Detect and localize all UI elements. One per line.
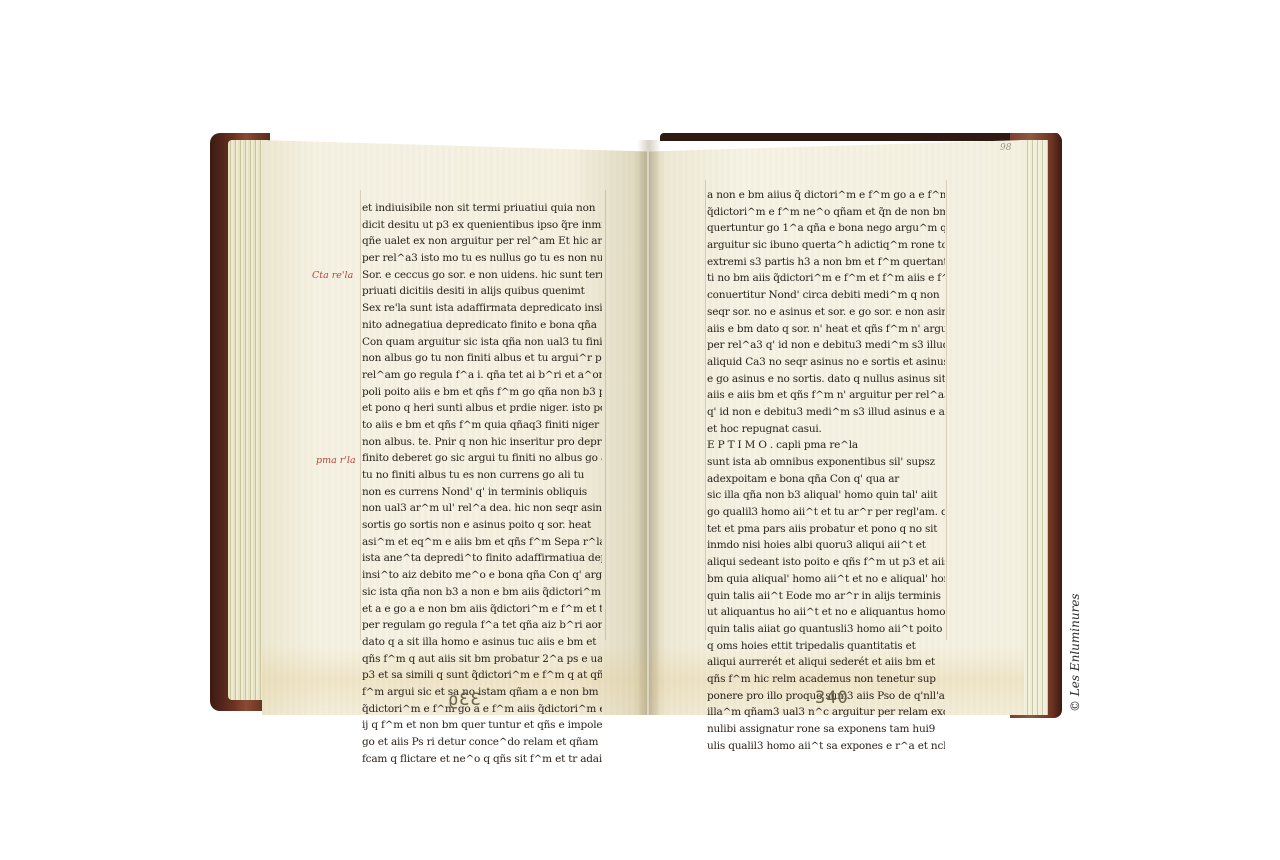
text-line: non albus go tu non finiti albus et tu a… bbox=[362, 350, 602, 367]
book-cover-top-edge bbox=[660, 133, 1060, 141]
text-line: inmdo nisi hoies albi quoru3 aliqui aii^… bbox=[707, 537, 945, 554]
text-line: E P T I M O . capli pma re^la bbox=[707, 437, 945, 454]
text-line: sic ista qña non b3 a non e bm aiis q̃di… bbox=[362, 584, 602, 601]
text-line: et hoc repugnat casui. bbox=[707, 421, 945, 438]
text-line: Sor. e ceccus go sor. e non uidens. hic … bbox=[362, 267, 602, 284]
text-line: dato q a sit illa homo e asinus tuc aiis… bbox=[362, 634, 602, 651]
text-line: aliqui aurrerét et aliqui sederét et aii… bbox=[707, 654, 945, 671]
text-line: non ual3 ar^m ul' rel^a dea. hic non seq… bbox=[362, 500, 602, 517]
text-line: non albus. te. Pnir q non hic inseritur … bbox=[362, 434, 602, 451]
text-line: rel^am go regula f^a i. qña tet ai b^ri … bbox=[362, 367, 602, 384]
text-line: seqr sor. no e asinus et sor. e go sor. … bbox=[707, 304, 945, 321]
text-line: sic illa qña non b3 aliqual' homo quin t… bbox=[707, 487, 945, 504]
text-line: quin talis aii^t Eode mo ar^r in alijs t… bbox=[707, 588, 945, 605]
ruling-line bbox=[360, 190, 361, 640]
text-line: a non e bm aiius q̃ dictori^m e f^m go a… bbox=[707, 187, 945, 204]
text-line: quertuntur go 1^a qña e bona nego argu^m… bbox=[707, 220, 945, 237]
ruling-line bbox=[946, 180, 947, 640]
ruling-line bbox=[605, 190, 606, 640]
text-line: tu no finiti albus tu es non currens go … bbox=[362, 467, 602, 484]
folio-number: 98 bbox=[1000, 143, 1011, 153]
text-line: qñe ualet ex non arguitur per rel^am Et … bbox=[362, 233, 602, 250]
copyright-watermark: © Les Enluminures bbox=[1068, 593, 1082, 712]
text-line: Con quam arguitur sic ista qña non ual3 … bbox=[362, 334, 602, 351]
page-number-right: 340 bbox=[815, 688, 849, 708]
text-line: ulis qualil3 homo aii^t sa expones e r^a… bbox=[707, 738, 945, 755]
text-line: p3 et sa simili q sunt q̃dictori^m e f^m… bbox=[362, 667, 602, 684]
text-line: priuati dicitiis desiti in alijs quibus … bbox=[362, 283, 602, 300]
text-line: non es currens Nond' q' in terminis obli… bbox=[362, 484, 602, 501]
text-line: Sex re'la sunt ista adaffirmata depredic… bbox=[362, 300, 602, 317]
text-line: to aiis e bm et qñs f^m quia qñaq3 finit… bbox=[362, 417, 602, 434]
text-line: finito deberet go sic argui tu finiti no… bbox=[362, 450, 602, 467]
text-line: ij q f^m et non bm quer tuntur et qñs e … bbox=[362, 717, 602, 734]
text-line: q̃dictori^m e f^m go a e f^m aiis q̃dict… bbox=[362, 701, 602, 718]
text-line: aliqui sedeant isto poito e qñs f^m ut p… bbox=[707, 554, 945, 571]
left-page-text: et indiuisibile non sit termi priuatiui … bbox=[362, 200, 602, 767]
text-line: f^m argui sic et sa no istam qñam a e no… bbox=[362, 684, 602, 701]
text-line: et pono q heri sunti albus et prdie nige… bbox=[362, 400, 602, 417]
text-line: extremi s3 partis h3 a non bm et f^m que… bbox=[707, 254, 945, 271]
text-line: qñs f^m q aut aiis sit bm probatur 2^a p… bbox=[362, 651, 602, 668]
text-line: q oms hoies ettit tripedalis quantitatis… bbox=[707, 638, 945, 655]
text-line: bm quia aliqual' homo aii^t et no e aliq… bbox=[707, 571, 945, 588]
text-line: aiis e bm dato q sor. n' heat et qñs f^m… bbox=[707, 321, 945, 338]
text-line: nulibi assignatur rone sa exponens tam h… bbox=[707, 721, 945, 738]
text-line: per regulam go regula f^a tet qña aiz b^… bbox=[362, 617, 602, 634]
manuscript-photo: Cta re'la pma r'la et indiuisibile non s… bbox=[0, 0, 1280, 860]
text-line: asi^m et eq^m e aiis bm et qñs f^m Sepa … bbox=[362, 534, 602, 551]
text-line: arguitur sic ibuno querta^h adictiq^m ro… bbox=[707, 237, 945, 254]
text-line: go qualil3 homo aii^t et tu ar^r per reg… bbox=[707, 504, 945, 521]
text-line: adexpoitam e bona qña Con q' qua ar bbox=[707, 471, 945, 488]
text-line: insi^to aiz debito me^o e bona qña Con q… bbox=[362, 567, 602, 584]
text-line: ista ane^ta depredi^to finito adaffirmat… bbox=[362, 550, 602, 567]
text-line: ti no bm aiis q̃dictori^m e f^m et f^m a… bbox=[707, 270, 945, 287]
text-line: qñs f^m hic relm academus non tenetur su… bbox=[707, 671, 945, 688]
text-line: sunt ista ab omnibus exponentibus sil' s… bbox=[707, 454, 945, 471]
marginal-note: Cta re'la bbox=[312, 270, 353, 281]
text-line: fcam q flictare et ne^o q qñs sit f^m et… bbox=[362, 751, 602, 768]
text-line: aliquid Ca3 no seqr asinus no e sortis e… bbox=[707, 354, 945, 371]
text-line: tet et pma pars aiis probatur et pono q … bbox=[707, 521, 945, 538]
text-line: quin talis aiiat go quantusli3 homo aii^… bbox=[707, 621, 945, 638]
text-line: sortis go sortis non e asinus poito q so… bbox=[362, 517, 602, 534]
text-line: et a e go a e non bm aiis q̃dictori^m e … bbox=[362, 601, 602, 618]
page-number-left: ϱƐƐ bbox=[448, 690, 482, 710]
text-line: go et aiis Ps ri detur conce^do relam et… bbox=[362, 734, 602, 751]
text-line: per rel^a3 isto mo tu es nullus go tu es… bbox=[362, 250, 602, 267]
gutter-shadow bbox=[637, 140, 661, 715]
ruling-line bbox=[705, 180, 706, 640]
text-line: e go asinus e no sortis. dato q nullus a… bbox=[707, 371, 945, 388]
right-page-text: a non e bm aiius q̃ dictori^m e f^m go a… bbox=[707, 187, 945, 754]
text-line: q' id non e debitu3 medi^m s3 illud asin… bbox=[707, 404, 945, 421]
text-line: conuertitur Nond' circa debiti medi^m q … bbox=[707, 287, 945, 304]
text-line: dicit desitu ut p3 ex quenientibus ipso … bbox=[362, 217, 602, 234]
page-edges-right bbox=[1020, 140, 1048, 715]
text-line: poli poito aiis e bm et qñs f^m go qña n… bbox=[362, 384, 602, 401]
text-line: nito adnegatiua depredicato finito e bon… bbox=[362, 317, 602, 334]
text-line: per rel^a3 q' id non e debitu3 medi^m s3… bbox=[707, 337, 945, 354]
text-line: aiis e aiis bm et qñs f^m n' arguitur pe… bbox=[707, 387, 945, 404]
text-line: q̃dictori^m e f^m ne^o qñam et q̃n de no… bbox=[707, 204, 945, 221]
text-line: ut aliquantus ho aii^t et no e aliquantu… bbox=[707, 604, 945, 621]
text-line: et indiuisibile non sit termi priuatiui … bbox=[362, 200, 602, 217]
marginal-note: pma r'la bbox=[316, 455, 356, 466]
